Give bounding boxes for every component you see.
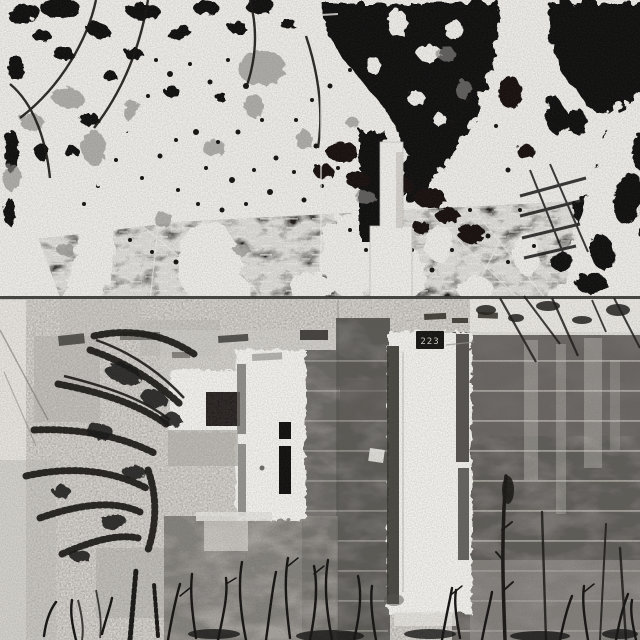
film-grain-overlay xyxy=(0,0,640,640)
inverted-photo: 223 xyxy=(0,0,640,640)
photo-canvas: 223 xyxy=(0,0,640,640)
